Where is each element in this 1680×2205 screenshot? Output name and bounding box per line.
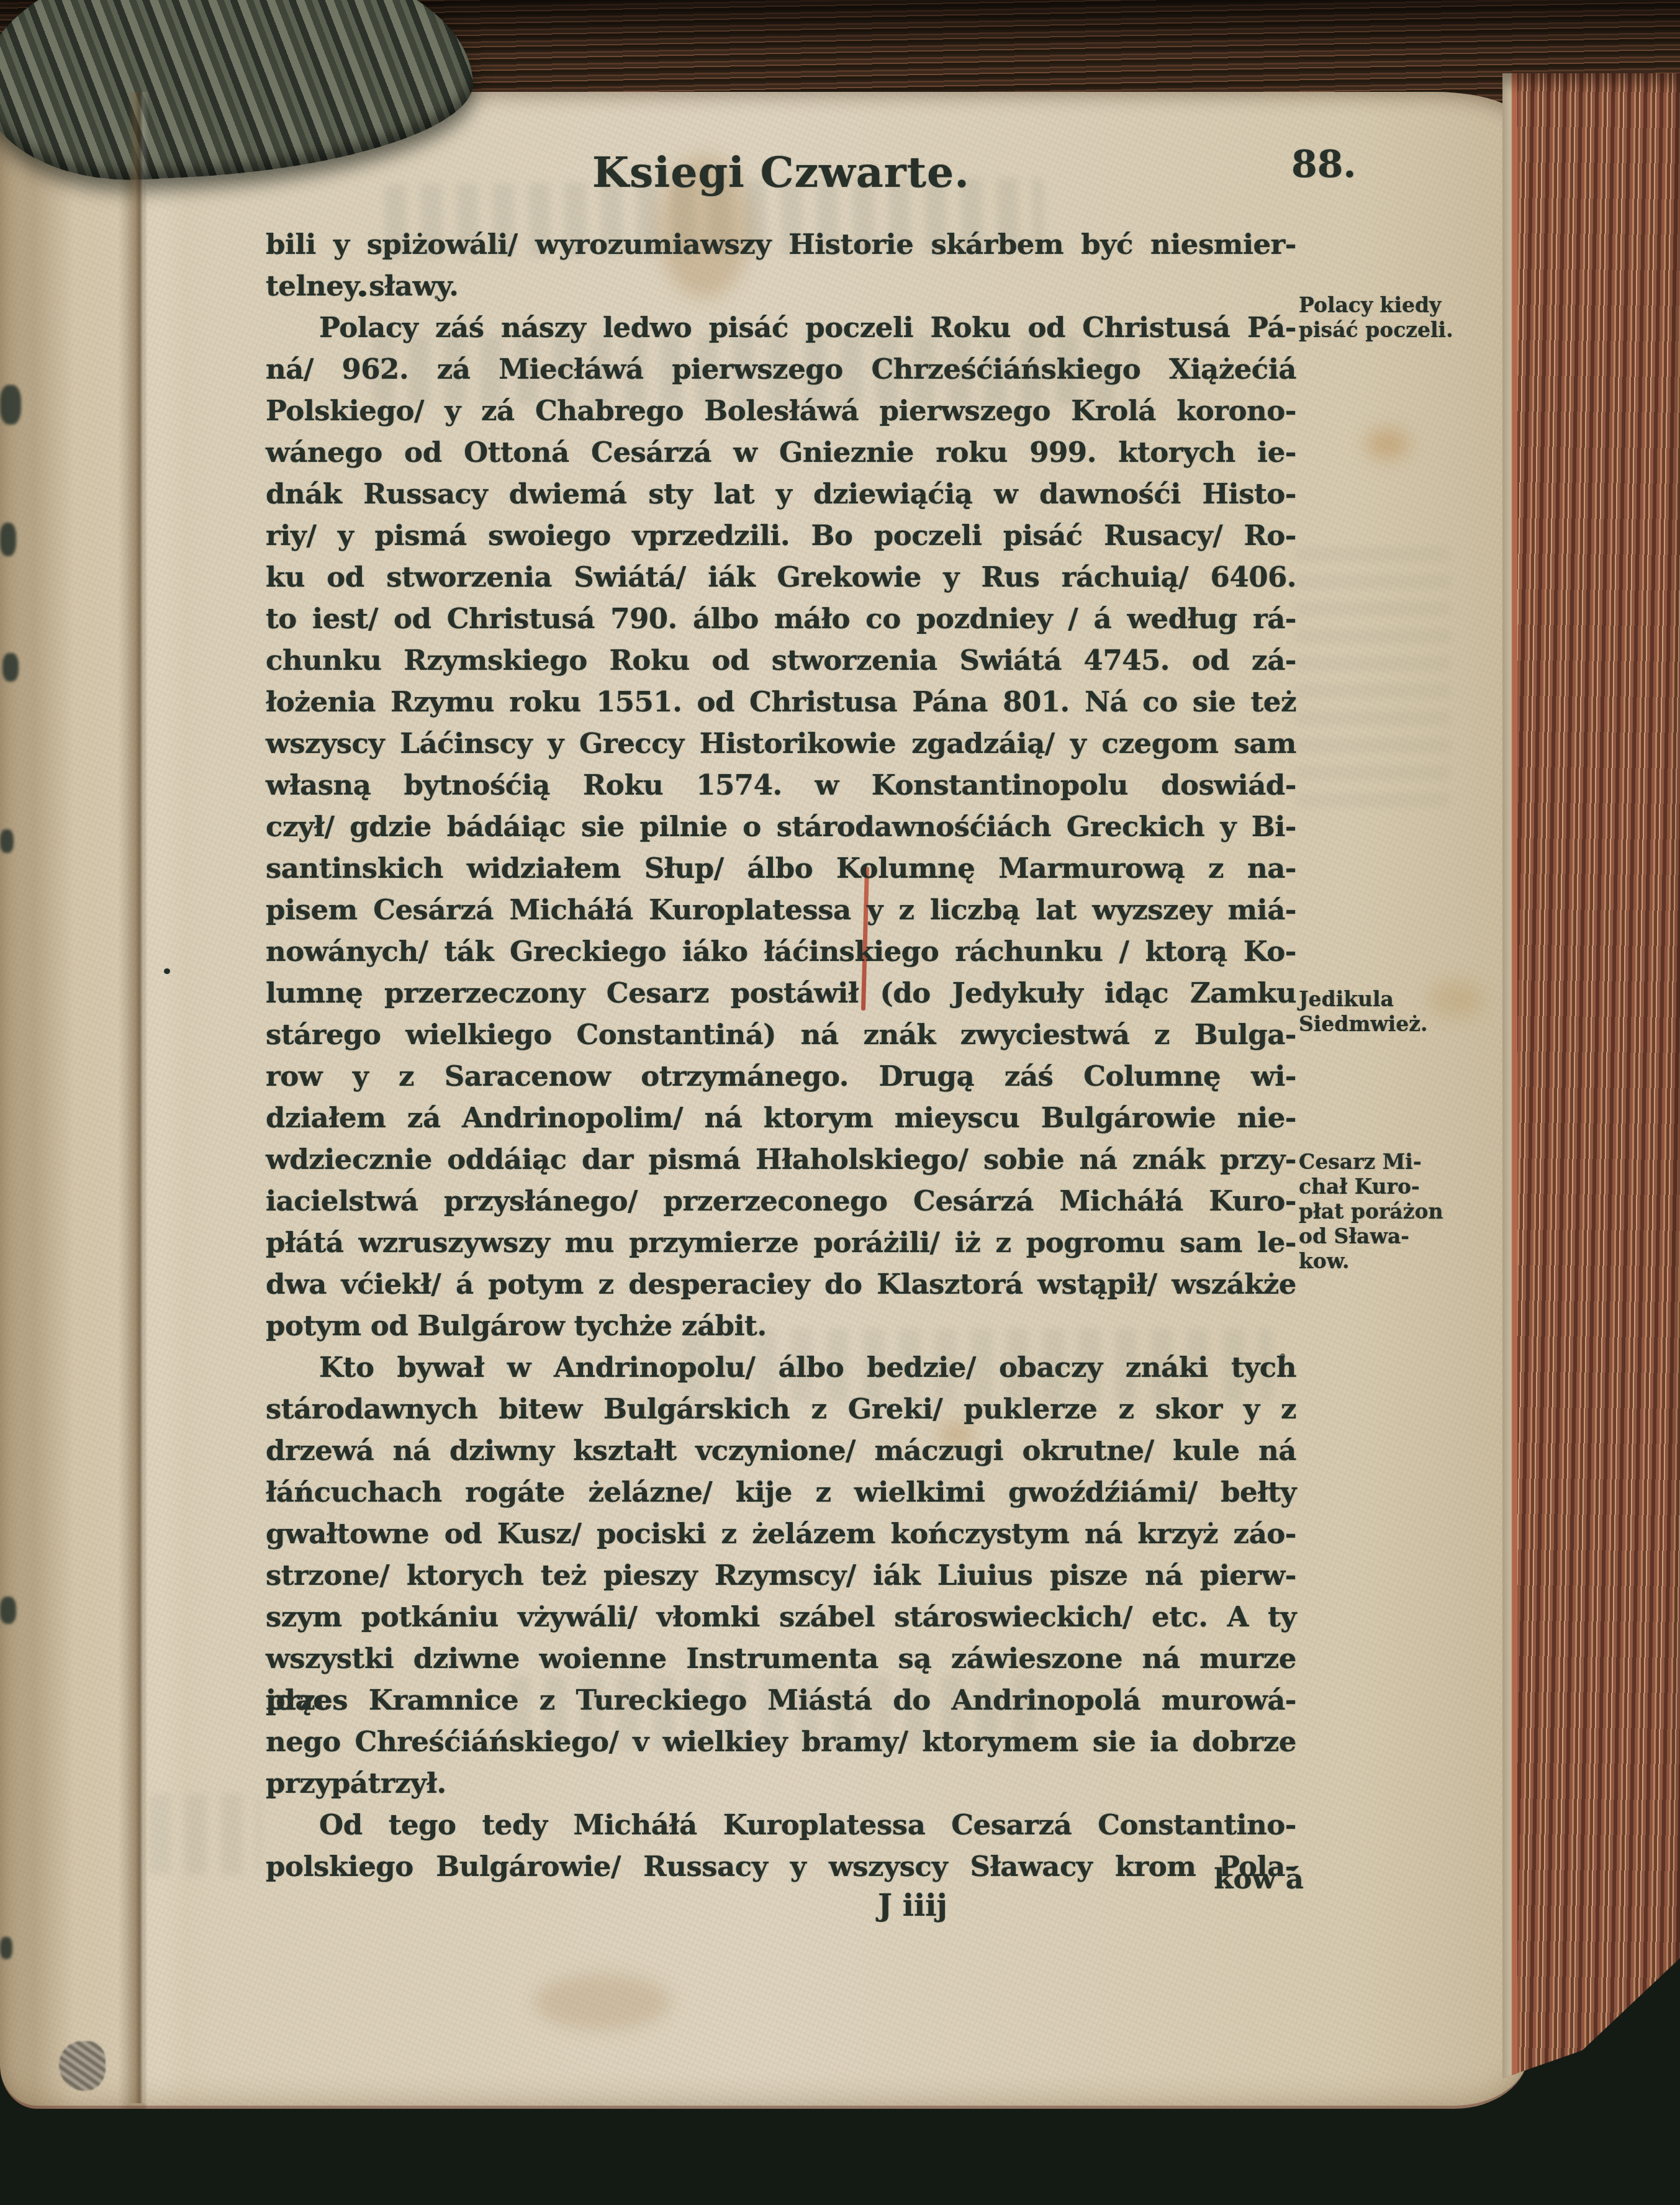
text-line: polskiego Bulgárowie/ Russacy y wszyscy … — [266, 1846, 1296, 1887]
margin-note-line: Siedmwież. — [1299, 1012, 1428, 1037]
margin-note-cesarz: Cesarz Mi-chał Kuro-płat poráżonod Sława… — [1299, 1150, 1443, 1274]
text-line: dnák Russacy dwiemá sty lat y dziewiąćią… — [266, 473, 1296, 515]
margin-note-line: od Sława- — [1299, 1224, 1443, 1249]
text-line: przypátrzył. — [266, 1762, 1296, 1804]
ink-speck — [164, 968, 170, 974]
margin-note-polacy: Polacy kiedypisáć poczeli. — [1299, 293, 1453, 343]
text-line: row y z Saracenow otrzymánego. Drugą záś… — [266, 1055, 1296, 1097]
text-line: gwałtowne od Kusz/ pociski z żelázem koń… — [266, 1513, 1296, 1554]
show-through-mark — [1295, 546, 1450, 807]
body-text: bili y spiżowáli/ wyrozumiawszy Historie… — [266, 223, 1296, 1887]
text-line: to iest/ od Christusá 790. álbo máło co … — [266, 598, 1296, 639]
text-line: stárodawnych bitew Bulgárskich z Greki/ … — [266, 1388, 1296, 1430]
text-line: wszystki dziwne woienne Instrumenta są z… — [266, 1638, 1296, 1679]
running-title: Ksiegi Czwarte. — [266, 148, 1296, 197]
text-line: nego Chreśćiáńskiego/ v wielkiey bramy/ … — [266, 1721, 1296, 1762]
text-line: drzewá ná dziwny kształt vczynione/ mácz… — [266, 1430, 1296, 1471]
margin-note-line: Cesarz Mi- — [1299, 1150, 1443, 1175]
gutter-crease — [128, 92, 149, 2103]
text-line: Polacy záś nászy ledwo pisáć poczeli Rok… — [266, 307, 1296, 348]
text-line: łożenia Rzymu roku 1551. od Christusa Pá… — [266, 681, 1296, 723]
text-line: czył/ gdzie bádáiąc sie pilnie o stároda… — [266, 806, 1296, 847]
text-line: ku od stworzenia Swiátá/ iák Grekowie y … — [266, 556, 1296, 598]
bottom-edge-detail — [59, 2041, 106, 2091]
paper-stain — [534, 1974, 671, 2030]
gutter-text-fragment — [2, 653, 19, 682]
gutter-text-fragment — [0, 523, 16, 556]
text-line: Polskiego/ y zá Chabrego Bolesłáwá pierw… — [266, 390, 1296, 431]
fore-edge — [1502, 73, 1680, 2078]
text-line: stárego wielkiego Constantiná) ná znák z… — [266, 1014, 1296, 1055]
book-photo: Ksiegi Czwarte. 88. bili y spiżowáli/ wy… — [0, 0, 1680, 2205]
text-line: ná/ 962. zá Miecłáwá pierwszego Chrześći… — [266, 348, 1296, 390]
gutter-text-fragment — [0, 385, 21, 425]
text-line: bili y spiżowáli/ wyrozumiawszy Historie… — [266, 223, 1296, 265]
margin-note-jedikula: JedikulaSiedmwież. — [1299, 987, 1428, 1037]
margin-note-line: płat poráżon — [1299, 1199, 1443, 1224]
text-line: chunku Rzymskiego Roku od stworzenia Swi… — [266, 639, 1296, 681]
text-line: wdziecznie oddáiąc dar pismá Hłaholskieg… — [266, 1139, 1296, 1180]
text-line: Od tego tedy Micháłá Kuroplatessa Cesarz… — [266, 1804, 1296, 1846]
gutter-text-fragment — [0, 829, 14, 853]
gutter-text-fragment — [0, 1597, 16, 1624]
text-line: własną bytnośćią Roku 1574. w Konstantin… — [266, 764, 1296, 806]
gutter-text-fragment — [0, 1937, 12, 1959]
text-line: wszyscy Láćinscy y Greccy Historikowie z… — [266, 723, 1296, 764]
margin-note-line: pisáć poczeli. — [1299, 318, 1453, 343]
text-line: riy/ y pismá swoiego vprzedzili. Bo pocz… — [266, 515, 1296, 556]
text-line: strzone/ ktorych też pieszy Rzymscy/ iák… — [266, 1554, 1296, 1596]
text-line: łáńcuchach rogáte żelázne/ kije z wielki… — [266, 1471, 1296, 1513]
catchword: kow á — [1142, 1862, 1304, 1895]
paper-stain — [1428, 981, 1484, 1018]
text-line: szym potkániu vżywáli/ vłomki szábel stá… — [266, 1596, 1296, 1638]
margin-note-line: Jedikula — [1299, 987, 1428, 1012]
signature-mark: J iiij — [795, 1888, 1031, 1923]
margin-note-line: kow. — [1299, 1249, 1443, 1274]
page-number: 88. — [1291, 143, 1356, 186]
text-line: telney sławy. — [266, 265, 1296, 307]
text-line: działem zá Andrinopolim/ ná ktorym mieys… — [266, 1097, 1296, 1139]
text-line: iacielstwá przysłánego/ przerzeconego Ce… — [266, 1180, 1296, 1222]
text-line: potym od Bulgárow tychże zábit. — [266, 1305, 1296, 1346]
text-line: dwa vćiekł/ á potym z desperaciey do Kla… — [266, 1263, 1296, 1305]
paper-stain — [1366, 428, 1409, 459]
text-line: wánego od Ottoná Cesárzá w Gnieznie roku… — [266, 431, 1296, 473]
text-line: płátá wzruszywszy mu przymierze poráżili… — [266, 1222, 1296, 1263]
text-line: Kto bywał w Andrinopolu/ álbo bedzie/ ob… — [266, 1346, 1296, 1388]
text-line: nowánych/ ták Greckiego iáko łáćinskiego… — [266, 931, 1296, 972]
margin-note-line: chał Kuro- — [1299, 1175, 1443, 1199]
text-line: przes Kramnice z Tureckiego Miástá do An… — [266, 1679, 1296, 1721]
text-line: pisem Cesárzá Micháłá Kuroplatessa y z l… — [266, 889, 1296, 931]
show-through-mark — [149, 1794, 261, 1875]
text-line: lumnę przerzeczony Cesarz postáwił (do J… — [266, 972, 1296, 1014]
margin-note-line: Polacy kiedy — [1299, 293, 1453, 318]
text-line: santinskich widziałem Słup/ álbo Kolumnę… — [266, 847, 1296, 889]
